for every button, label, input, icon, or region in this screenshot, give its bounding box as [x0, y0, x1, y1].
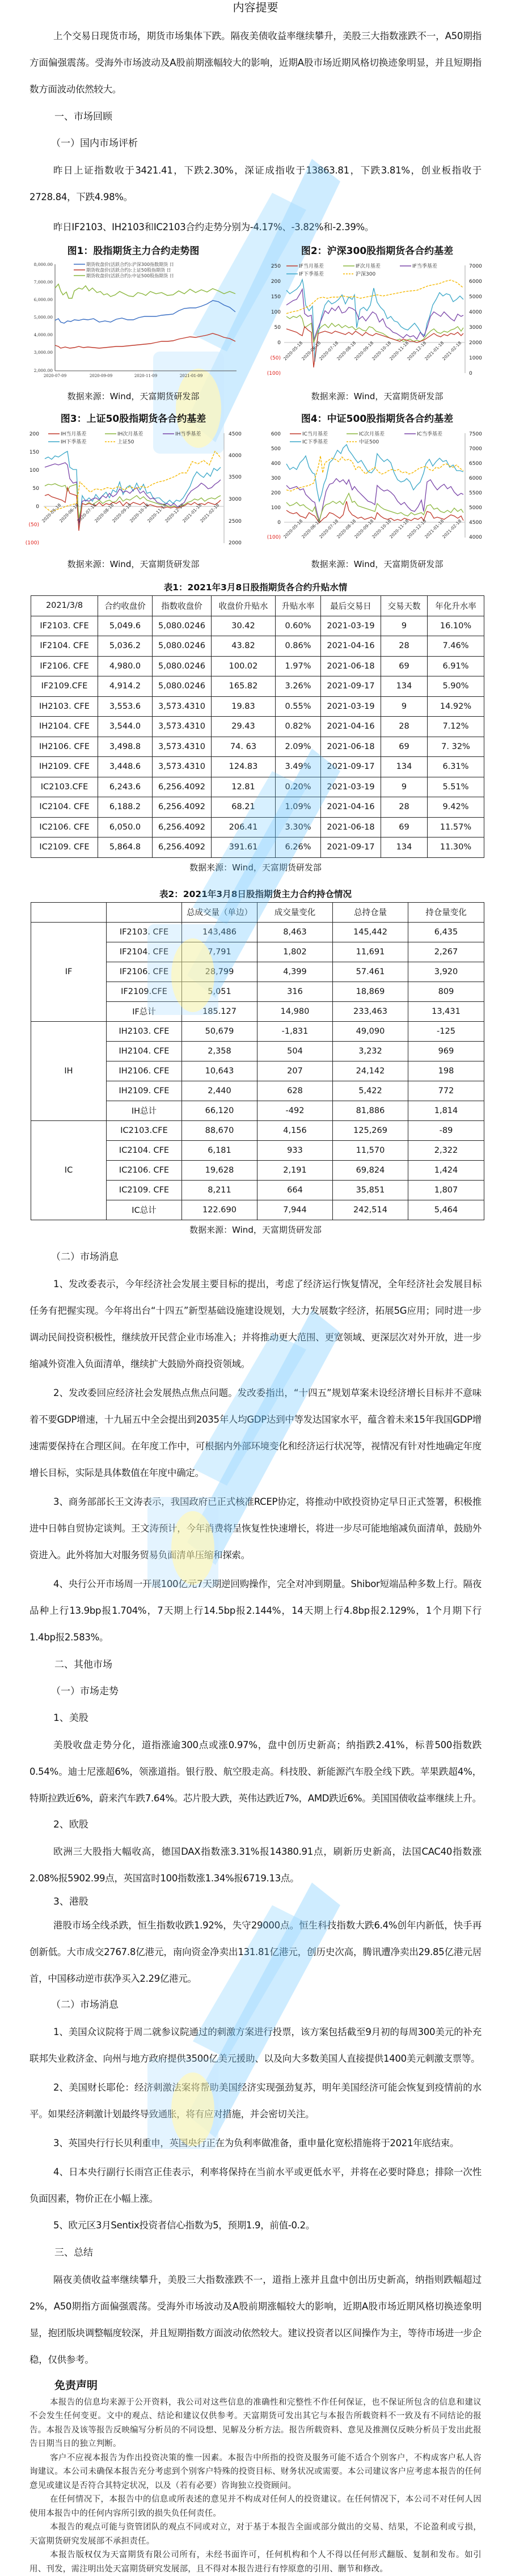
figure-4-source: 数据来源：Wind，天富期货研发部	[264, 553, 491, 575]
figure-3: 图3：上证50股指期货各合约基差 200 150 100 50 0 (50) (…	[20, 411, 247, 575]
table-cell: 69	[381, 737, 428, 757]
column-header: 收盘价升贴水	[212, 596, 276, 616]
table-row: IC2106. CFE6,050.06,256.4092206.413.30%2…	[31, 817, 484, 837]
svg-text:100: 100	[29, 468, 39, 473]
table-cell: IF2106. CFE	[107, 962, 182, 982]
column-header: 升贴水率	[276, 596, 321, 616]
svg-text:(100): (100)	[267, 371, 281, 377]
table-cell: 3,573.4310	[153, 757, 212, 777]
svg-text:IF次月基差: IF次月基差	[356, 263, 381, 269]
table-cell: 2021-06-18	[321, 817, 381, 837]
column-header: 合约收盘价	[98, 596, 153, 616]
figure-4-title: 图4：中证500股指期货各合约基差	[264, 411, 491, 428]
table-cell: 43.82	[212, 636, 276, 657]
svg-text:100: 100	[271, 505, 281, 511]
table-cell: IH2109. CFE	[31, 757, 98, 777]
svg-text:6500: 6500	[469, 461, 482, 467]
table-cell: -125	[408, 1021, 484, 1041]
table-cell: 5,864.8	[98, 837, 153, 858]
svg-text:2021-02-18: 2021-02-18	[441, 518, 462, 539]
svg-text:2020-07-09: 2020-07-09	[44, 374, 66, 378]
table-cell: 16.10%	[428, 616, 484, 636]
table-cell: 7. 32%	[428, 737, 484, 757]
figure-2-chart: 250 200 150 100 50 0 (50) (100) 7000 600…	[264, 260, 491, 386]
table-cell: IH2104. CFE	[31, 717, 98, 737]
svg-text:3000: 3000	[229, 497, 242, 502]
table-cell: 628	[257, 1081, 333, 1101]
news-item: 4、央行公开市场周一开展100亿元7天期逆回购操作，完全对冲到期量。Shibor…	[29, 1571, 482, 1651]
table-cell: IH总计	[107, 1101, 182, 1120]
figure-1-chart: 8,000.00 7,000.00 6,000.00 5,000.00 4,00…	[20, 260, 247, 386]
table-cell: IC2103.CFE	[31, 777, 98, 797]
news-item: 2、发改委回应经济社会发展热点焦点问题。发改委指出，“十四五”规划草案未设经济增…	[29, 1380, 482, 1486]
column-header: 最后交易日	[321, 596, 381, 616]
table-cell: 1.97%	[276, 656, 321, 676]
table-cell: IH2106. CFE	[31, 737, 98, 757]
column-header: 2021/3/8	[31, 596, 98, 616]
svg-text:6000: 6000	[469, 476, 482, 481]
svg-text:4,000.00: 4,000.00	[34, 332, 53, 337]
table-cell: 6,435	[408, 922, 484, 942]
table-cell: 57.461	[333, 962, 408, 982]
table-cell: 5.51%	[428, 777, 484, 797]
table-cell: 134	[381, 837, 428, 858]
table-cell: 12.81	[212, 777, 276, 797]
figure-2-source: 数据来源：Wind，天富期货研发部	[264, 386, 491, 407]
svg-text:IH次月基差: IH次月基差	[117, 430, 143, 437]
table-cell: 6,188.2	[98, 797, 153, 818]
hk-stocks-heading: 3、港股	[29, 1892, 482, 1912]
table-cell: 5.90%	[428, 676, 484, 697]
table-row: IFIF2103. CFE143,4868,463145,4426,435	[31, 922, 484, 942]
table-cell: 10,643	[182, 1061, 257, 1081]
svg-text:8,000.00: 8,000.00	[34, 262, 53, 267]
disclaimer-paragraph: 本报告版权仅为天富期货有限公司所有，未经书面许可，任何机构和个人不得以任何形式翻…	[29, 2548, 482, 2576]
svg-text:7,000.00: 7,000.00	[34, 280, 53, 285]
table-cell: 66,120	[182, 1101, 257, 1120]
news-item: 3、商务部部长王文涛表示，我国政府已正式核准RCEP协定，将推动中欧投资协定早日…	[29, 1488, 482, 1568]
table-cell: 24,142	[333, 1061, 408, 1081]
table-cell: 0.20%	[276, 777, 321, 797]
svg-text:(50): (50)	[29, 522, 39, 528]
table-cell: IC2104. CFE	[31, 797, 98, 818]
svg-text:4500: 4500	[469, 520, 482, 526]
table-cell: 233,463	[333, 1001, 408, 1021]
svg-text:0: 0	[277, 520, 281, 526]
table-cell: 49,090	[333, 1021, 408, 1041]
svg-text:(100): (100)	[26, 540, 39, 546]
disclaimer-paragraph: 客户不应视本报告为作出投资决策的惟一因素。本报告中所指的投资及服务可能不适合个别…	[29, 2451, 482, 2493]
table-cell: 28	[381, 797, 428, 818]
svg-text:4000: 4000	[469, 310, 482, 315]
table-cell: 11.30%	[428, 837, 484, 858]
group-label: IH	[31, 1021, 107, 1120]
table-cell: 134	[381, 757, 428, 777]
table-1-basis: 2021/3/8 合约收盘价 指数收盘价 收盘价升贴水 升贴水率 最后交易日 交…	[31, 595, 484, 858]
table-cell: 3,573.4310	[153, 737, 212, 757]
table-cell: 772	[408, 1081, 484, 1101]
table-2-title: 表2：2021年3月8日股指期货主力合约持仓情况	[29, 886, 482, 902]
table-2-header-row: 总成交量（单边） 成交量变化 总持仓量 持仓量变化	[31, 902, 484, 922]
svg-text:1000: 1000	[469, 356, 482, 361]
table-cell: 0.60%	[276, 616, 321, 636]
table-cell: 185.127	[182, 1001, 257, 1021]
table-cell: 2021-09-17	[321, 837, 381, 858]
table-cell: 74. 63	[212, 737, 276, 757]
svg-text:300: 300	[271, 476, 281, 481]
svg-text:3500: 3500	[229, 475, 242, 480]
table-row: IH2106. CFE3,498.83,573.431074. 632.09%2…	[31, 737, 484, 757]
table-cell: 3,920	[408, 962, 484, 982]
svg-text:150: 150	[29, 450, 39, 455]
table-2-source: 数据来源：Wind，天富期货研发部	[29, 1220, 482, 1240]
subsection-heading-trend: （一）市场走势	[29, 1678, 482, 1705]
table-cell: IF2103. CFE	[107, 922, 182, 942]
table-cell: 316	[257, 982, 333, 1001]
table-cell: 2021-03-19	[321, 696, 381, 717]
table-cell: 2.09%	[276, 737, 321, 757]
section-heading-market-review: 一、市场回顾	[29, 104, 482, 130]
table-cell: 5,051	[182, 982, 257, 1001]
table-cell: 3,498.8	[98, 737, 153, 757]
table-row: IF2109.CFE4,914.25,080.0246165.823.26%20…	[31, 676, 484, 697]
table-cell: 122.690	[182, 1200, 257, 1220]
table-cell: IH2103. CFE	[107, 1021, 182, 1041]
figure-3-title: 图3：上证50股指期货各合约基差	[20, 411, 247, 428]
disclaimer-paragraph: 本报告的观点可能与资管团队的观点不同或对立，对于基于本报告全面或部分做出的交易、…	[29, 2520, 482, 2548]
table-row: IF2104. CFE5,036.25,080.024643.820.86%20…	[31, 636, 484, 657]
table-row: IF2103. CFE5,049.65,080.024630.420.60%20…	[31, 616, 484, 636]
table-cell: 13,431	[408, 1001, 484, 1021]
table-cell: 143,486	[182, 922, 257, 942]
table-cell: IC2109. CFE	[31, 837, 98, 858]
table-cell: 125,269	[333, 1120, 408, 1140]
table-cell: 5,422	[333, 1081, 408, 1101]
table-2-positions: 总成交量（单边） 成交量变化 总持仓量 持仓量变化 IFIF2103. CFE1…	[31, 902, 484, 1220]
table-cell: 11.57%	[428, 817, 484, 837]
table-row: IF2106. CFE4,980.05,080.0246100.021.97%2…	[31, 656, 484, 676]
table-cell: 2,322	[408, 1140, 484, 1160]
table-cell: 242,514	[333, 1200, 408, 1220]
page-title: 内容提要	[29, 0, 482, 23]
column-header: 持仓量变化	[408, 902, 484, 922]
table-cell: 2021-09-17	[321, 757, 381, 777]
svg-text:500: 500	[271, 446, 281, 452]
svg-text:2500: 2500	[229, 519, 242, 524]
column-header: 年化升水率	[428, 596, 484, 616]
table-cell: 3.26%	[276, 676, 321, 697]
table-cell: 4,914.2	[98, 676, 153, 697]
table-cell: 207	[257, 1061, 333, 1081]
table-cell: IF2104. CFE	[31, 636, 98, 657]
table-cell: IF2109.CFE	[31, 676, 98, 697]
table-cell: IH2103. CFE	[31, 696, 98, 717]
table-cell: 1,814	[408, 1101, 484, 1120]
table-cell: 9	[381, 696, 428, 717]
eu-stocks-paragraph: 欧洲三大股指大幅收高，德国DAX指数涨3.31%报14380.91点，刷新历史新…	[29, 1838, 482, 1892]
table-cell: 5,049.6	[98, 616, 153, 636]
table-cell: IH2109. CFE	[107, 1081, 182, 1101]
table-cell: 3,544.0	[98, 717, 153, 737]
table-cell: 6,050.0	[98, 817, 153, 837]
news-item: 1、美国众议院将于周二就参议院通过的刺激方案进行投票，该方案包括截至9月初的每周…	[29, 2019, 482, 2072]
table-cell: 5,080.0246	[153, 616, 212, 636]
table-cell: 2021-04-16	[321, 717, 381, 737]
table-cell: 4,399	[257, 962, 333, 982]
svg-text:IC次月基差: IC次月基差	[359, 430, 385, 437]
svg-text:IH下季基差: IH下季基差	[61, 438, 86, 445]
table-cell: 8,211	[182, 1180, 257, 1200]
table-cell: IF总计	[107, 1001, 182, 1021]
svg-text:3,000.00: 3,000.00	[34, 350, 53, 355]
table-cell: 3.49%	[276, 757, 321, 777]
svg-text:期货收盘价(活跃合约):沪深300指数期货 日: 期货收盘价(活跃合约):沪深300指数期货 日	[86, 261, 174, 267]
figure-3-source: 数据来源：Wind，天富期货研发部	[20, 553, 247, 575]
hk-stocks-paragraph: 港股市场全线杀跌，恒生指数收跌1.92%，失守29000点。恒生科技指数大跌6.…	[29, 1912, 482, 1992]
table-cell: 664	[257, 1180, 333, 1200]
table-cell: 969	[408, 1041, 484, 1061]
table-row: ICIC2103.CFE88,6704,156125,269-89	[31, 1120, 484, 1140]
us-stocks-heading: 1、美股	[29, 1705, 482, 1732]
table-cell: -492	[257, 1101, 333, 1120]
table-cell: 3.30%	[276, 817, 321, 837]
column-header: 总成交量（单边）	[182, 902, 257, 922]
svg-text:中证500: 中证500	[359, 438, 379, 445]
news-item: 3、英国央行行长贝利重申，英国央行正在为负利率做准备，重申量化宽松措施将于202…	[29, 2130, 482, 2156]
table-cell: 1,807	[408, 1180, 484, 1200]
news-item: 5、欧元区3月Sentix投资者信心指数为5，预期1.9，前值-0.2。	[29, 2212, 482, 2239]
table-cell: 2021-03-19	[321, 616, 381, 636]
figure-3-chart: 200 150 100 50 0 (50) (100) 4500 4000 35…	[20, 428, 247, 553]
table-cell: 88,670	[182, 1120, 257, 1140]
table-cell: 5,036.2	[98, 636, 153, 657]
table-cell: IC2103.CFE	[107, 1120, 182, 1140]
table-cell: 134	[381, 676, 428, 697]
index-close-paragraph: 昨日上证指数收于3421.41，下跌2.30%，深证成指收于13863.81，下…	[29, 157, 482, 210]
table-cell: 3,232	[333, 1041, 408, 1061]
svg-text:4500: 4500	[229, 432, 242, 437]
table-cell: IC2104. CFE	[107, 1140, 182, 1160]
svg-text:0: 0	[469, 371, 472, 377]
table-cell: IC2109. CFE	[107, 1180, 182, 1200]
figure-1: 图1：股指期货主力合约走势图 8,000.00 7,000.00 6,000.0…	[20, 243, 247, 407]
svg-text:IC下季基差: IC下季基差	[302, 438, 328, 445]
svg-text:5000: 5000	[469, 505, 482, 511]
table-cell: 6.91%	[428, 656, 484, 676]
table-row: IH2109. CFE3,448.63,573.4310124.833.49%2…	[31, 757, 484, 777]
table-cell: IH2104. CFE	[107, 1041, 182, 1061]
table-cell: 2,358	[182, 1041, 257, 1061]
table-1-header-row: 2021/3/8 合约收盘价 指数收盘价 收盘价升贴水 升贴水率 最后交易日 交…	[31, 596, 484, 616]
svg-text:50: 50	[274, 325, 281, 331]
svg-text:400: 400	[271, 461, 281, 467]
table-cell: 7.46%	[428, 636, 484, 657]
table-cell: 5,080.0246	[153, 636, 212, 657]
column-header: 指数收盘价	[153, 596, 212, 616]
svg-text:IF当月基差: IF当月基差	[299, 263, 324, 269]
table-cell: 14,980	[257, 1001, 333, 1021]
table-cell: IC2106. CFE	[31, 817, 98, 837]
table-cell: 7,944	[257, 1200, 333, 1220]
svg-text:150: 150	[271, 294, 281, 300]
table-1-source: 数据来源：Wind，天富期货研发部	[29, 858, 482, 877]
table-cell: 3,448.6	[98, 757, 153, 777]
news-item: 2、美国财长耶伦：经济刺激法案将帮助美国经济实现强劲复苏，明年美国经济可能会恢复…	[29, 2074, 482, 2127]
table-cell: 6,181	[182, 1140, 257, 1160]
svg-text:2021-02-18: 2021-02-18	[199, 502, 220, 523]
table-cell: -89	[408, 1120, 484, 1140]
table-cell: 28	[381, 636, 428, 657]
svg-text:期货收盘价(活跃合约):上证50股指期货 日: 期货收盘价(活跃合约):上证50股指期货 日	[86, 267, 171, 273]
svg-text:2,000.00: 2,000.00	[34, 368, 53, 373]
svg-text:0: 0	[36, 504, 39, 510]
table-cell: 933	[257, 1140, 333, 1160]
table-row: IC2109. CFE5,864.86,256.4092391.616.26%2…	[31, 837, 484, 858]
table-cell: IC2106. CFE	[107, 1160, 182, 1180]
table-row: IC2103.CFE6,243.66,256.409212.810.20%202…	[31, 777, 484, 797]
table-cell: IF2109.CFE	[107, 982, 182, 1001]
table-cell: 6.31%	[428, 757, 484, 777]
table-row: IC2104. CFE6,188.26,256.409268.211.09%20…	[31, 797, 484, 818]
svg-text:(100): (100)	[267, 535, 281, 540]
svg-text:IC当月基差: IC当月基差	[302, 430, 328, 437]
svg-text:2000: 2000	[229, 540, 242, 546]
table-cell: 69	[381, 817, 428, 837]
figure-2-title: 图2：沪深300股指期货各合约基差	[264, 243, 491, 260]
svg-text:IH当季基差: IH当季基差	[175, 430, 201, 437]
svg-text:(50): (50)	[271, 356, 281, 361]
subsection-heading-market-news: （二）市场消息	[29, 1244, 482, 1271]
table-cell: 198	[408, 1061, 484, 1081]
table-cell: 0.86%	[276, 636, 321, 657]
svg-text:200: 200	[271, 279, 281, 285]
table-cell: 5,464	[408, 1200, 484, 1220]
table-cell: 11,570	[333, 1140, 408, 1160]
column-header: 成交量变化	[257, 902, 333, 922]
column-header: 总持仓量	[333, 902, 408, 922]
table-cell: IF2103. CFE	[31, 616, 98, 636]
table-cell: 165.82	[212, 676, 276, 697]
table-cell: 11,691	[333, 942, 408, 962]
document-page: 内容提要 上个交易日现货市场，期货市场集体下跌。隔夜美债收益率继续攀升，美股三大…	[0, 0, 511, 2576]
table-cell: 2,267	[408, 942, 484, 962]
svg-text:200: 200	[29, 432, 39, 437]
svg-text:2021-01-09: 2021-01-09	[180, 374, 202, 378]
svg-text:600: 600	[271, 432, 281, 437]
table-cell: 14.92%	[428, 696, 484, 717]
svg-text:5500: 5500	[469, 490, 482, 496]
table-cell: IF2106. CFE	[31, 656, 98, 676]
svg-text:沪深300: 沪深300	[356, 270, 375, 277]
table-cell: 8,463	[257, 922, 333, 942]
column-header	[107, 902, 182, 922]
news-item: 4、日本央行副行长雨宫正佳表示，利率将保持在当前水平或更低水平，并将在必要时降息…	[29, 2159, 482, 2212]
table-cell: 6,256.4092	[153, 777, 212, 797]
table-cell: 50,679	[182, 1021, 257, 1041]
figure-row-2: 图3：上证50股指期货各合约基差 200 150 100 50 0 (50) (…	[20, 411, 491, 575]
table-1-title: 表1：2021年3月8日股指期货各合约升贴水情	[29, 580, 482, 595]
table-cell: 100.02	[212, 656, 276, 676]
summary-paragraph: 上个交易日现货市场，期货市场集体下跌。隔夜美债收益率继续攀升，美股三大指数涨跌不…	[29, 23, 482, 103]
disclaimer-title: 免责声明	[29, 2375, 482, 2396]
figure-1-title: 图1：股指期货主力合约走势图	[20, 243, 247, 260]
summary-conclusion: 隔夜美债收益率继续攀升，美股三大指数涨跌不一，道指上涨并且盘中创出历史新高，纳指…	[29, 2266, 482, 2373]
us-stocks-paragraph: 美股收盘走势分化，道指涨逾300点或涨0.97%，盘中创历史新高；纳指跌2.41…	[29, 1732, 482, 1812]
table-cell: 2021-04-16	[321, 636, 381, 657]
svg-text:IF下季基差: IF下季基差	[299, 270, 324, 277]
contract-trend-paragraph: 昨日IF2103、IH2103和IC2103合约走势分别为-4.17%、-3.8…	[29, 214, 482, 240]
svg-text:4000: 4000	[229, 453, 242, 459]
column-header: 交易天数	[381, 596, 428, 616]
news-item: 1、发改委表示，今年经济社会发展主要目标的提出，考虑了经济运行恢复情况，全年经济…	[29, 1271, 482, 1377]
disclaimer-paragraph: 在任何情况下，本报告中的信息或所表述的意见并不构成对任何人的投资建议。在任何情况…	[29, 2493, 482, 2520]
svg-text:IF当季基差: IF当季基差	[412, 263, 437, 269]
svg-text:5000: 5000	[469, 294, 482, 300]
svg-text:100: 100	[271, 310, 281, 315]
table-cell: 0.82%	[276, 717, 321, 737]
svg-text:IC当季基差: IC当季基差	[417, 430, 442, 437]
svg-text:7000: 7000	[469, 264, 482, 269]
table-cell: -1,831	[257, 1021, 333, 1041]
table-cell: 2021-04-16	[321, 797, 381, 818]
table-cell: 7,791	[182, 942, 257, 962]
table-cell: 0.55%	[276, 696, 321, 717]
table-cell: 69	[381, 656, 428, 676]
table-cell: 5,080.0246	[153, 656, 212, 676]
table-cell: 2021-06-18	[321, 737, 381, 757]
table-cell: 145,442	[333, 922, 408, 942]
eu-stocks-heading: 2、欧股	[29, 1812, 482, 1838]
table-cell: 124.83	[212, 757, 276, 777]
table-cell: 3,573.4310	[153, 717, 212, 737]
svg-text:3000: 3000	[469, 325, 482, 331]
table-cell: IF2104. CFE	[107, 942, 182, 962]
table-cell: 3,573.4310	[153, 696, 212, 717]
figure-4-chart: 600 500 400 300 200 100 0 (100) 7500 700…	[264, 428, 491, 553]
subsection-heading-news: （二）市场消息	[29, 1992, 482, 2019]
table-cell: 29.43	[212, 717, 276, 737]
svg-text:6000: 6000	[469, 279, 482, 285]
group-label: IC	[31, 1120, 107, 1220]
table-cell: 30.42	[212, 616, 276, 636]
svg-text:0: 0	[277, 340, 281, 346]
table-cell: 69,824	[333, 1160, 408, 1180]
table-cell: 19.83	[212, 696, 276, 717]
svg-text:IH当月基差: IH当月基差	[61, 430, 86, 437]
table-cell: 9	[381, 616, 428, 636]
svg-text:5,000.00: 5,000.00	[34, 315, 53, 320]
svg-text:上证50: 上证50	[117, 438, 134, 445]
figure-2: 图2：沪深300股指期货各合约基差 250 200 150 100 50 0 (…	[264, 243, 491, 407]
table-cell: 9	[381, 777, 428, 797]
table-cell: 4,156	[257, 1120, 333, 1140]
table-row: IH2103. CFE3,553.63,573.431019.830.55%20…	[31, 696, 484, 717]
figure-4: 图4：中证500股指期货各合约基差 600 500 400 300 200 10…	[264, 411, 491, 575]
section-heading-other-markets: 二、其他市场	[29, 1652, 482, 1678]
svg-text:期货收盘价(活跃合约):中证500股指期货 日: 期货收盘价(活跃合约):中证500股指期货 日	[86, 273, 174, 278]
table-cell: 4,980.0	[98, 656, 153, 676]
table-cell: 3,553.6	[98, 696, 153, 717]
subsection-heading-domestic: （一）国内市场评析	[29, 130, 482, 157]
table-cell: 206.41	[212, 817, 276, 837]
table-row: IHIH2103. CFE50,679-1,83149,090-125	[31, 1021, 484, 1041]
disclaimer-paragraph: 本报告的信息均来源于公开资料，我公司对这些信息的准确性和完整性不作任何保证，也不…	[29, 2396, 482, 2451]
svg-text:6,000.00: 6,000.00	[34, 297, 53, 302]
svg-text:2020-11-09: 2020-11-09	[134, 374, 157, 378]
table-cell: 2021-09-17	[321, 676, 381, 697]
table-cell: 19,628	[182, 1160, 257, 1180]
table-cell: 2021-03-19	[321, 777, 381, 797]
